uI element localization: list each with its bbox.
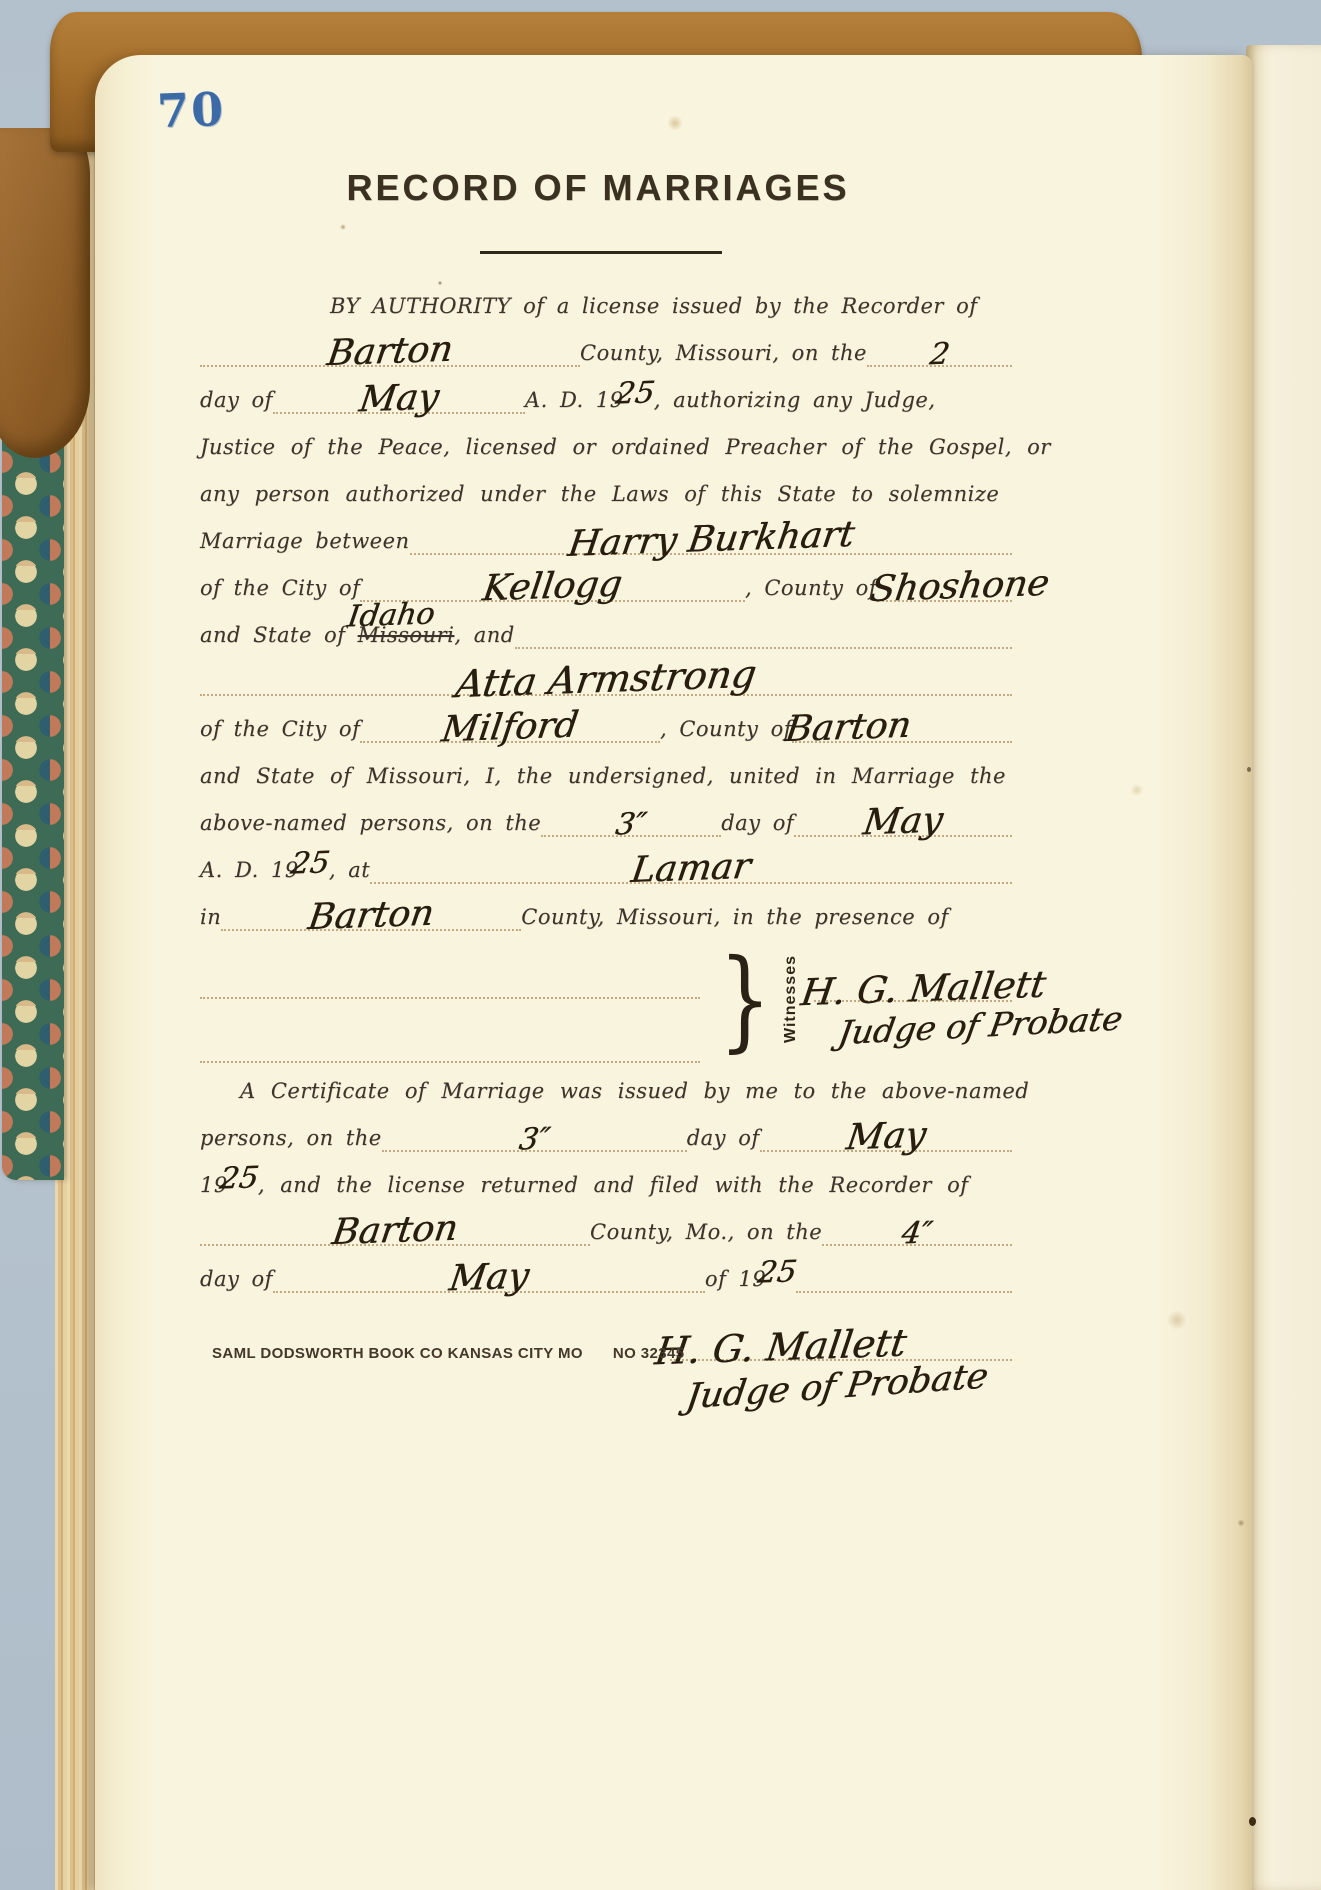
blank-filed-day: 4″ — [822, 1197, 1012, 1246]
blank-groom-city: Kellogg — [360, 553, 745, 602]
blank-marriage-place: Lamar — [370, 835, 1012, 884]
handwritten-filed-month: May — [269, 1249, 709, 1305]
blank-bride-name: Atta Armstrong — [200, 647, 1012, 696]
form-line-justice: Justice of the Peace, licensed or ordain… — [200, 414, 1012, 461]
blank-license-month: May — [273, 365, 525, 414]
page-number-stamp: 70 — [156, 82, 226, 138]
handwritten-officiant-title: Judge of Probate — [836, 998, 1126, 1052]
certificate-line-filed-county: Barton County, Mo., on the 4″ — [200, 1199, 1012, 1246]
leather-cover-left — [0, 128, 90, 458]
form-line-county: Barton County, Missouri, on the 2 — [200, 320, 1012, 367]
form-line-undersigned: and State of Missouri, I, the undersigne… — [200, 743, 1012, 790]
printer-imprint-number: NO 32345 — [613, 1345, 685, 1362]
blank-bride-city: Milford — [360, 694, 660, 743]
form-line-marriage-county: in Barton County, Missouri, in the prese… — [200, 884, 1012, 931]
blank-filed-month: May — [273, 1244, 705, 1293]
printed-ad-19b: A. D. 19 — [200, 858, 299, 884]
blank-cert-day: 3″ — [382, 1103, 687, 1152]
printed-by-authority: BY AUTHORITY — [200, 294, 511, 320]
printed-ad-19: A. D. 19 — [525, 388, 624, 414]
form-line-bride-city: of the City of Milford , County of Barto… — [200, 696, 1012, 743]
printed-certificate-line: A Certificate of Marriage was issued by … — [200, 1079, 1029, 1105]
printed-at: , at — [329, 858, 370, 884]
printed-authorizing: , authorizing any Judge, — [654, 388, 936, 414]
officiant-title-line: Judge of Probate — [814, 1002, 1012, 1063]
blank-marriage-day: 3″ — [541, 788, 721, 837]
blank-marriage-county: Barton — [221, 882, 521, 931]
handwritten-state-correction: Idaho — [345, 597, 437, 635]
printed-presence: County, Missouri, in the presence of — [521, 905, 949, 931]
handwritten-marriage-year: 25 — [288, 845, 331, 881]
blank-filed-trailing — [796, 1244, 1012, 1293]
printed-marriage-between: Marriage between — [200, 529, 410, 555]
certificate-line-1: A Certificate of Marriage was issued by … — [200, 1063, 1012, 1105]
printed-comma-and: , and — [454, 623, 514, 649]
blank-cert-month: May — [760, 1103, 1012, 1152]
handwritten-cert-year: 25 — [217, 1160, 260, 1196]
form-line-groom-state: Idaho and State of Missouri, and — [200, 602, 1012, 649]
next-page-edge — [1246, 45, 1321, 1890]
witness-blank-line-2 — [200, 999, 700, 1063]
paper-speck — [1247, 767, 1251, 772]
printed-day-of: day of — [200, 388, 273, 414]
handwritten-recorder-title: Judge of Probate — [683, 1357, 990, 1418]
printer-imprint: SAML DODSWORTH BOOK CO KANSAS CITY MONO … — [212, 1345, 685, 1362]
blank-filed-county: Barton — [200, 1197, 590, 1246]
handwritten-marriage-county: Barton — [218, 890, 525, 941]
witness-blank-lines — [200, 935, 700, 1063]
license-form: BY AUTHORITY of a license issued by the … — [200, 278, 1012, 1421]
witnesses-brace: } — [719, 935, 772, 1063]
handwritten-filed-year: 25 — [756, 1254, 799, 1290]
printed-returned-line: , and the license returned and filed wit… — [258, 1173, 969, 1199]
printed-and-state-of: and State of — [200, 623, 358, 649]
form-line-groom-city: of the City of Kellogg , County of Shosh… — [200, 555, 1012, 602]
binding-hole — [1249, 1817, 1256, 1826]
handwritten-license-year: 25 — [613, 375, 656, 411]
blank-license-county: Barton — [200, 318, 580, 367]
witnesses-label: Witnesses — [782, 944, 800, 1054]
form-line-person: any person authorized under the Laws of … — [200, 461, 1012, 508]
recorder-title-line: Judge of Probate — [670, 1361, 1012, 1421]
recorder-signature-line: H. G. Mallett — [670, 1303, 1012, 1361]
printed-county-of: , County of — [745, 576, 877, 602]
printed-intro-rest: of a license issued by the Recorder of — [511, 294, 978, 320]
blank-groom-name: Harry Burkhart — [410, 506, 1012, 555]
form-line-dayof: day of May A. D. 1925, authorizing any J… — [200, 367, 1012, 414]
officiant-signature-line: H. G. Mallett — [814, 935, 1012, 1002]
printed-person-line: any person authorized under the Laws of … — [200, 482, 999, 508]
form-line-bride-name: Atta Armstrong — [200, 649, 1012, 696]
printed-county-mo: County, Mo., on the — [590, 1220, 822, 1246]
title-divider — [480, 251, 722, 254]
printed-undersigned-line: and State of Missouri, I, the undersigne… — [200, 764, 1006, 790]
witnesses-section: } Witnesses H. G. Mallett Judge of Proba… — [200, 935, 1012, 1063]
form-line-groom: Marriage between Harry Burkhart — [200, 508, 1012, 555]
form-line-marriage-date: above-named persons, on the 3″ day of Ma… — [200, 790, 1012, 837]
blank-groom-state — [515, 600, 1012, 649]
printed-county-missouri: County, Missouri, on the — [580, 341, 867, 367]
printed-day-of-2: day of — [721, 811, 794, 837]
printed-justice-line: Justice of the Peace, licensed or ordain… — [200, 435, 1051, 461]
printed-cert-persons-on: persons, on the — [200, 1126, 382, 1152]
certificate-line-date: persons, on the 3″ day of May — [200, 1105, 1012, 1152]
witness-blank-line-1 — [200, 935, 700, 999]
form-line-intro: BY AUTHORITY of a license issued by the … — [200, 278, 1012, 320]
marbled-endpaper — [2, 390, 64, 1180]
printed-in: in — [200, 905, 221, 931]
blank-groom-county: Shoshone — [877, 553, 1012, 602]
printed-filed-day-of: day of — [200, 1267, 273, 1293]
printed-of-city-2: of the City of — [200, 717, 360, 743]
officiant-signature-block: H. G. Mallett Judge of Probate — [814, 935, 1012, 1063]
printed-persons-on: above-named persons, on the — [200, 811, 541, 837]
scanned-record-book-photo: { "colors":{"paper":"#f8f3dc","printed_i… — [0, 0, 1321, 1890]
record-page: 70 RECORD OF MARRIAGES BY AUTHORITY of a… — [95, 55, 1252, 1890]
form-line-marriage-place: A. D. 1925, at Lamar — [200, 837, 1012, 884]
certificate-line-returned: 1925, and the license returned and filed… — [200, 1152, 1012, 1199]
printed-county-of-2: , County of — [660, 717, 792, 743]
blank-license-day: 2 — [867, 318, 1012, 367]
blank-marriage-month: May — [794, 788, 1012, 837]
page-title: RECORD OF MARRIAGES — [323, 167, 873, 209]
certificate-line-filed-month: day of May of 1925 — [200, 1246, 1012, 1293]
blank-bride-county: Barton — [792, 694, 1012, 743]
recorder-signature-block: H. G. Mallett Judge of Probate — [670, 1303, 1012, 1421]
printed-cert-day-of: day of — [687, 1126, 760, 1152]
printer-imprint-company: SAML DODSWORTH BOOK CO KANSAS CITY MO — [212, 1345, 583, 1362]
printed-of-city: of the City of — [200, 576, 360, 602]
